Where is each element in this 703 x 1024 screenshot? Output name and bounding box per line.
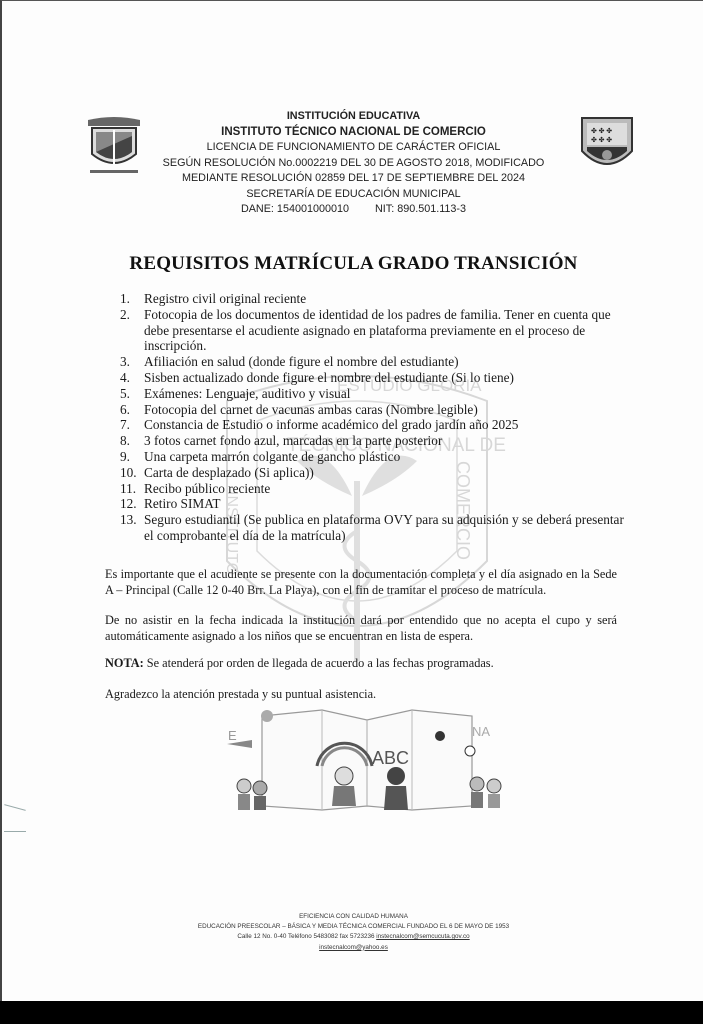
institution-header: INSTITUCIÓN EDUCATIVA INSTITUTO TÉCNICO …	[2, 109, 703, 218]
requirement-item: 12.Retiro SIMAT	[120, 496, 625, 512]
requirement-item: 3.Afiliación en salud (donde figure el n…	[120, 354, 625, 370]
requirement-text: Recibo público reciente	[144, 481, 270, 496]
dane-code: DANE: 154001000010	[241, 202, 349, 218]
requirement-text: Una carpeta marrón colgante de gancho pl…	[144, 449, 400, 464]
paragraph-absence: De no asistir en la fecha indicada la in…	[105, 613, 617, 644]
requirement-text: Retiro SIMAT	[144, 496, 220, 511]
header-line-modification: MEDIANTE RESOLUCIÓN 02859 DEL 17 DE SEPT…	[2, 171, 703, 187]
requirement-text: Constancia de Estudio o informe académic…	[144, 417, 518, 432]
requirement-item: 10.Carta de desplazado (Si aplica))	[120, 465, 625, 481]
requirement-text: Carta de desplazado (Si aplica))	[144, 465, 314, 480]
footer-address: Calle 12 No. 0-40 Teléfono 5483082 fax 5…	[237, 933, 376, 940]
requirement-text: Sisben actualizado donde figure el nombr…	[144, 370, 514, 385]
requirement-item: 8.3 fotos carnet fondo azul, marcadas en…	[120, 433, 625, 449]
header-line-resolution: SEGÚN RESOLUCIÓN No.0002219 DEL 30 DE AG…	[2, 156, 703, 172]
note-label: NOTA:	[105, 656, 144, 670]
children-with-open-book-illustration: ABC	[222, 706, 512, 816]
requirement-number: 10.	[120, 465, 137, 481]
screen-bottom-bar	[0, 1001, 703, 1024]
requirement-text: Exámenes: Lenguaje, auditivo y visual	[144, 386, 350, 401]
requirement-text: Fotocopia de los documentos de identidad…	[144, 307, 611, 354]
requirement-number: 6.	[120, 402, 130, 418]
scan-mark	[4, 831, 26, 832]
requirement-text: Seguro estudiantil (Se publica en plataf…	[144, 512, 624, 543]
requirement-text: Fotocopia del carnet de vacunas ambas ca…	[144, 402, 478, 417]
header-line-ids: DANE: 154001000010NIT: 890.501.113-3	[2, 202, 703, 218]
header-line-secretariat: SECRETARÍA DE EDUCACIÓN MUNICIPAL	[2, 187, 703, 203]
requirement-text: Afiliación en salud (donde figure el nom…	[144, 354, 459, 369]
requirement-item: 4.Sisben actualizado donde figure el nom…	[120, 370, 625, 386]
requirement-item: 7.Constancia de Estudio o informe académ…	[120, 417, 625, 433]
requirement-number: 9.	[120, 449, 130, 465]
footer-email-primary[interactable]: instecnalcom@semcucuta.gov.co	[376, 933, 469, 940]
requirement-item: 9.Una carpeta marrón colgante de gancho …	[120, 449, 625, 465]
svg-text:ABC: ABC	[372, 748, 409, 768]
footer-contact-line: Calle 12 No. 0-40 Teléfono 5483082 fax 5…	[2, 932, 703, 942]
requirement-text: 3 fotos carnet fondo azul, marcadas en l…	[144, 433, 442, 448]
footer-motto: EFICIENCIA CON CALIDAD HUMANA	[2, 912, 703, 922]
footer-levels: EDUCACIÓN PREESCOLAR – BÁSICA Y MEDIA TÉ…	[2, 922, 703, 932]
scan-mark	[4, 804, 26, 811]
header-line-name: INSTITUTO TÉCNICO NACIONAL DE COMERCIO	[2, 125, 703, 141]
header-line-institution: INSTITUCIÓN EDUCATIVA	[2, 109, 703, 125]
requirement-item: 1.Registro civil original reciente	[120, 291, 625, 307]
document-footer: EFICIENCIA CON CALIDAD HUMANA EDUCACIÓN …	[2, 912, 703, 953]
requirement-item: 11.Recibo público reciente	[120, 481, 625, 497]
document-page: ESTUDIO GLORIA TÉCNICO NACIONAL DE INSTI…	[0, 0, 703, 1001]
paragraph-important: Es importante que el acudiente se presen…	[105, 567, 617, 598]
requirement-text: Registro civil original reciente	[144, 291, 306, 306]
requirement-number: 7.	[120, 417, 130, 433]
requirement-item: 5.Exámenes: Lenguaje, auditivo y visual	[120, 386, 625, 402]
requirement-number: 4.	[120, 370, 130, 386]
requirement-item: 6.Fotocopia del carnet de vacunas ambas …	[120, 402, 625, 418]
requirement-number: 8.	[120, 433, 130, 449]
requirement-number: 1.	[120, 291, 130, 307]
requirement-item: 2.Fotocopia de los documentos de identid…	[120, 307, 625, 354]
paragraph-thanks: Agradezco la atención prestada y su punt…	[105, 687, 617, 703]
header-line-license: LICENCIA DE FUNCIONAMIENTO DE CARÁCTER O…	[2, 140, 703, 156]
document-title: REQUISITOS MATRÍCULA GRADO TRANSICIÓN	[2, 253, 703, 275]
requirement-item: 13.Seguro estudiantil (Se publica en pla…	[120, 512, 625, 544]
requirement-number: 12.	[120, 496, 137, 512]
requirement-number: 5.	[120, 386, 130, 402]
requirements-list: 1.Registro civil original reciente2.Foto…	[120, 291, 625, 544]
requirement-number: 11.	[120, 481, 136, 497]
requirement-number: 3.	[120, 354, 130, 370]
note-text: Se atenderá por orden de llegada de acue…	[144, 656, 494, 670]
requirement-number: 13.	[120, 512, 137, 528]
nit-code: NIT: 890.501.113-3	[375, 202, 466, 218]
footer-email-secondary[interactable]: instecnalcom@yahoo.es	[2, 943, 703, 953]
paragraph-note: NOTA: Se atenderá por orden de llegada d…	[105, 656, 617, 672]
requirement-number: 2.	[120, 307, 130, 323]
